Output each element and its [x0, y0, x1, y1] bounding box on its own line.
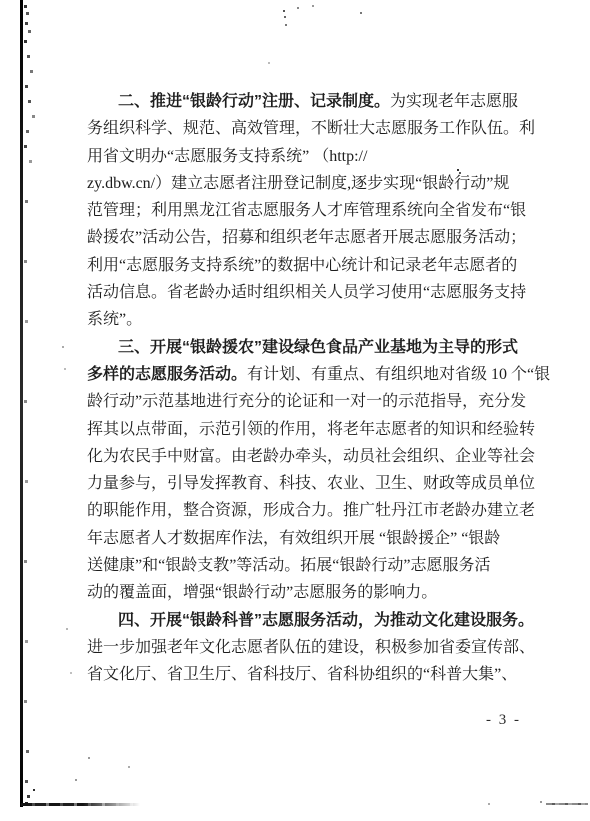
text-line: 范管理；利用黑龙江省志愿服务人才库管理系统向全省发布“银: [87, 197, 539, 224]
body-text: 送健康”和“银龄支教”等活动。拓展“银龄行动”志愿服务活: [87, 557, 491, 574]
paragraph-section-2: 二、推进“银龄行动”注册、记录制度。为实现老年志愿服务组织科学、规范、高效管理，…: [87, 88, 539, 334]
text-line: 化为农民手中财富。由老龄办牵头，动员社会组织、企业等社会: [87, 443, 539, 470]
text-line: 挥其以点带面，示范引领的作用，将老年志愿者的知识和经验转: [87, 416, 539, 443]
text-line: 年志愿者人才数据库作法，有效组织开展 “银龄援企” “银龄: [87, 525, 539, 552]
body-text: 龄援农”活动公告，招募和组织老年志愿者开展志愿服务活动；: [87, 229, 526, 246]
body-text: 化为农民手中财富。由老龄办牵头，动员社会组织、企业等社会: [87, 448, 535, 465]
text-line: 务组织科学、规范、高效管理，不断壮大志愿服务工作队伍。利: [87, 115, 539, 142]
text-line: 进一步加强老年文化志愿者队伍的建设，积极参加省委宣传部、: [87, 634, 539, 661]
scan-artifact-left-edge: [20, 0, 23, 807]
paragraph-section-4: 四、开展“银龄科普”志愿服务活动，为推动文化建设服务。进一步加强老年文化志愿者队…: [87, 607, 539, 689]
scan-artifact-noise-dots: [0, 0, 2, 2]
body-text: 有计划、有重点、有组织地对省级 10 个“银: [247, 366, 550, 383]
text-line: 多样的志愿服务活动。有计划、有重点、有组织地对省级 10 个“银: [87, 361, 539, 388]
text-line: 三、开展“银龄援农”建设绿色食品产业基地为主导的形式: [87, 334, 539, 361]
body-text: 活动信息。省老龄办适时组织相关人员学习使用“志愿服务支持: [87, 284, 526, 301]
text-line: 利用“志愿服务支持系统”的数据中心统计和记录老年志愿者的: [87, 252, 539, 279]
page-number: - 3 -: [486, 712, 521, 729]
scan-artifact-bottom-left-line: [21, 803, 145, 806]
body-text: 省文化厅、省卫生厅、省科技厅、省科协组织的“科普大集”、: [87, 666, 517, 683]
body-text: 范管理；利用黑龙江省志愿服务人才库管理系统向全省发布“银: [87, 202, 526, 219]
text-line: zy.dbw.cn/）建立志愿者注册登记制度,逐步实现“银龄行动”规: [87, 170, 539, 197]
body-text: 用省文明办“志愿服务支持系统” （http://: [87, 148, 367, 165]
body-text: 龄行动”示范基地进行充分的论证和一对一的示范指导，充分发: [87, 393, 526, 410]
heading-text: 三、开展“银龄援农”建设绿色食品产业基地为主导的形式: [118, 339, 518, 356]
text-line: 四、开展“银龄科普”志愿服务活动，为推动文化建设服务。: [87, 607, 539, 634]
scan-artifact-bottom-right-line: [546, 803, 588, 805]
heading-text: 四、开展“银龄科普”志愿服务活动，为推动文化建设服务。: [118, 612, 534, 629]
body-text: 利用“志愿服务支持系统”的数据中心统计和记录老年志愿者的: [87, 257, 517, 274]
paragraph-section-3: 三、开展“银龄援农”建设绿色食品产业基地为主导的形式多样的志愿服务活动。有计划、…: [87, 334, 539, 607]
text-line: 送健康”和“银龄支教”等活动。拓展“银龄行动”志愿服务活: [87, 552, 539, 579]
heading-text: 二、推进“银龄行动”注册、记录制度。: [118, 93, 390, 110]
body-text: 挥其以点带面，示范引领的作用，将老年志愿者的知识和经验转: [87, 421, 535, 438]
document-body: 二、推进“银龄行动”注册、记录制度。为实现老年志愿服务组织科学、规范、高效管理，…: [87, 88, 539, 689]
text-line: 省文化厅、省卫生厅、省科技厅、省科协组织的“科普大集”、: [87, 661, 539, 688]
text-line: 的职能作用，整合资源，形成合力。推广牡丹江市老龄办建立老: [87, 497, 539, 524]
body-text: 力量参与，引导发挥教育、科技、农业、卫生、财政等成员单位: [87, 475, 535, 492]
body-text: 为实现老年志愿服: [390, 93, 518, 110]
heading-text: 多样的志愿服务活动。: [87, 366, 247, 383]
text-line: 龄行动”示范基地进行充分的论证和一对一的示范指导，充分发: [87, 388, 539, 415]
text-line: 龄援农”活动公告，招募和组织老年志愿者开展志愿服务活动；: [87, 224, 539, 251]
text-line: 活动信息。省老龄办适时组织相关人员学习使用“志愿服务支持: [87, 279, 539, 306]
body-text: 务组织科学、规范、高效管理，不断壮大志愿服务工作队伍。利: [87, 120, 535, 137]
body-text: 系统”。: [87, 311, 142, 328]
body-text: 动的覆盖面，增强“银龄行动”志愿服务的影响力。: [87, 584, 437, 601]
body-text: 年志愿者人才数据库作法，有效组织开展 “银龄援企” “银龄: [87, 530, 500, 547]
body-text: 进一步加强老年文化志愿者队伍的建设，积极参加省委宣传部、: [87, 639, 535, 656]
text-line: 动的覆盖面，增强“银龄行动”志愿服务的影响力。: [87, 579, 539, 606]
text-line: 用省文明办“志愿服务支持系统” （http://: [87, 143, 539, 170]
body-text: zy.dbw.cn/）建立志愿者注册登记制度,逐步实现“银龄行动”规: [87, 175, 509, 192]
text-line: 力量参与，引导发挥教育、科技、农业、卫生、财政等成员单位: [87, 470, 539, 497]
text-line: 系统”。: [87, 306, 539, 333]
scan-artifact-left-speckles: [23, 0, 26, 3]
scanned-page: 二、推进“银龄行动”注册、记录制度。为实现老年志愿服务组织科学、规范、高效管理，…: [0, 0, 590, 821]
text-line: 二、推进“银龄行动”注册、记录制度。为实现老年志愿服: [87, 88, 539, 115]
body-text: 的职能作用，整合资源，形成合力。推广牡丹江市老龄办建立老: [87, 502, 535, 519]
